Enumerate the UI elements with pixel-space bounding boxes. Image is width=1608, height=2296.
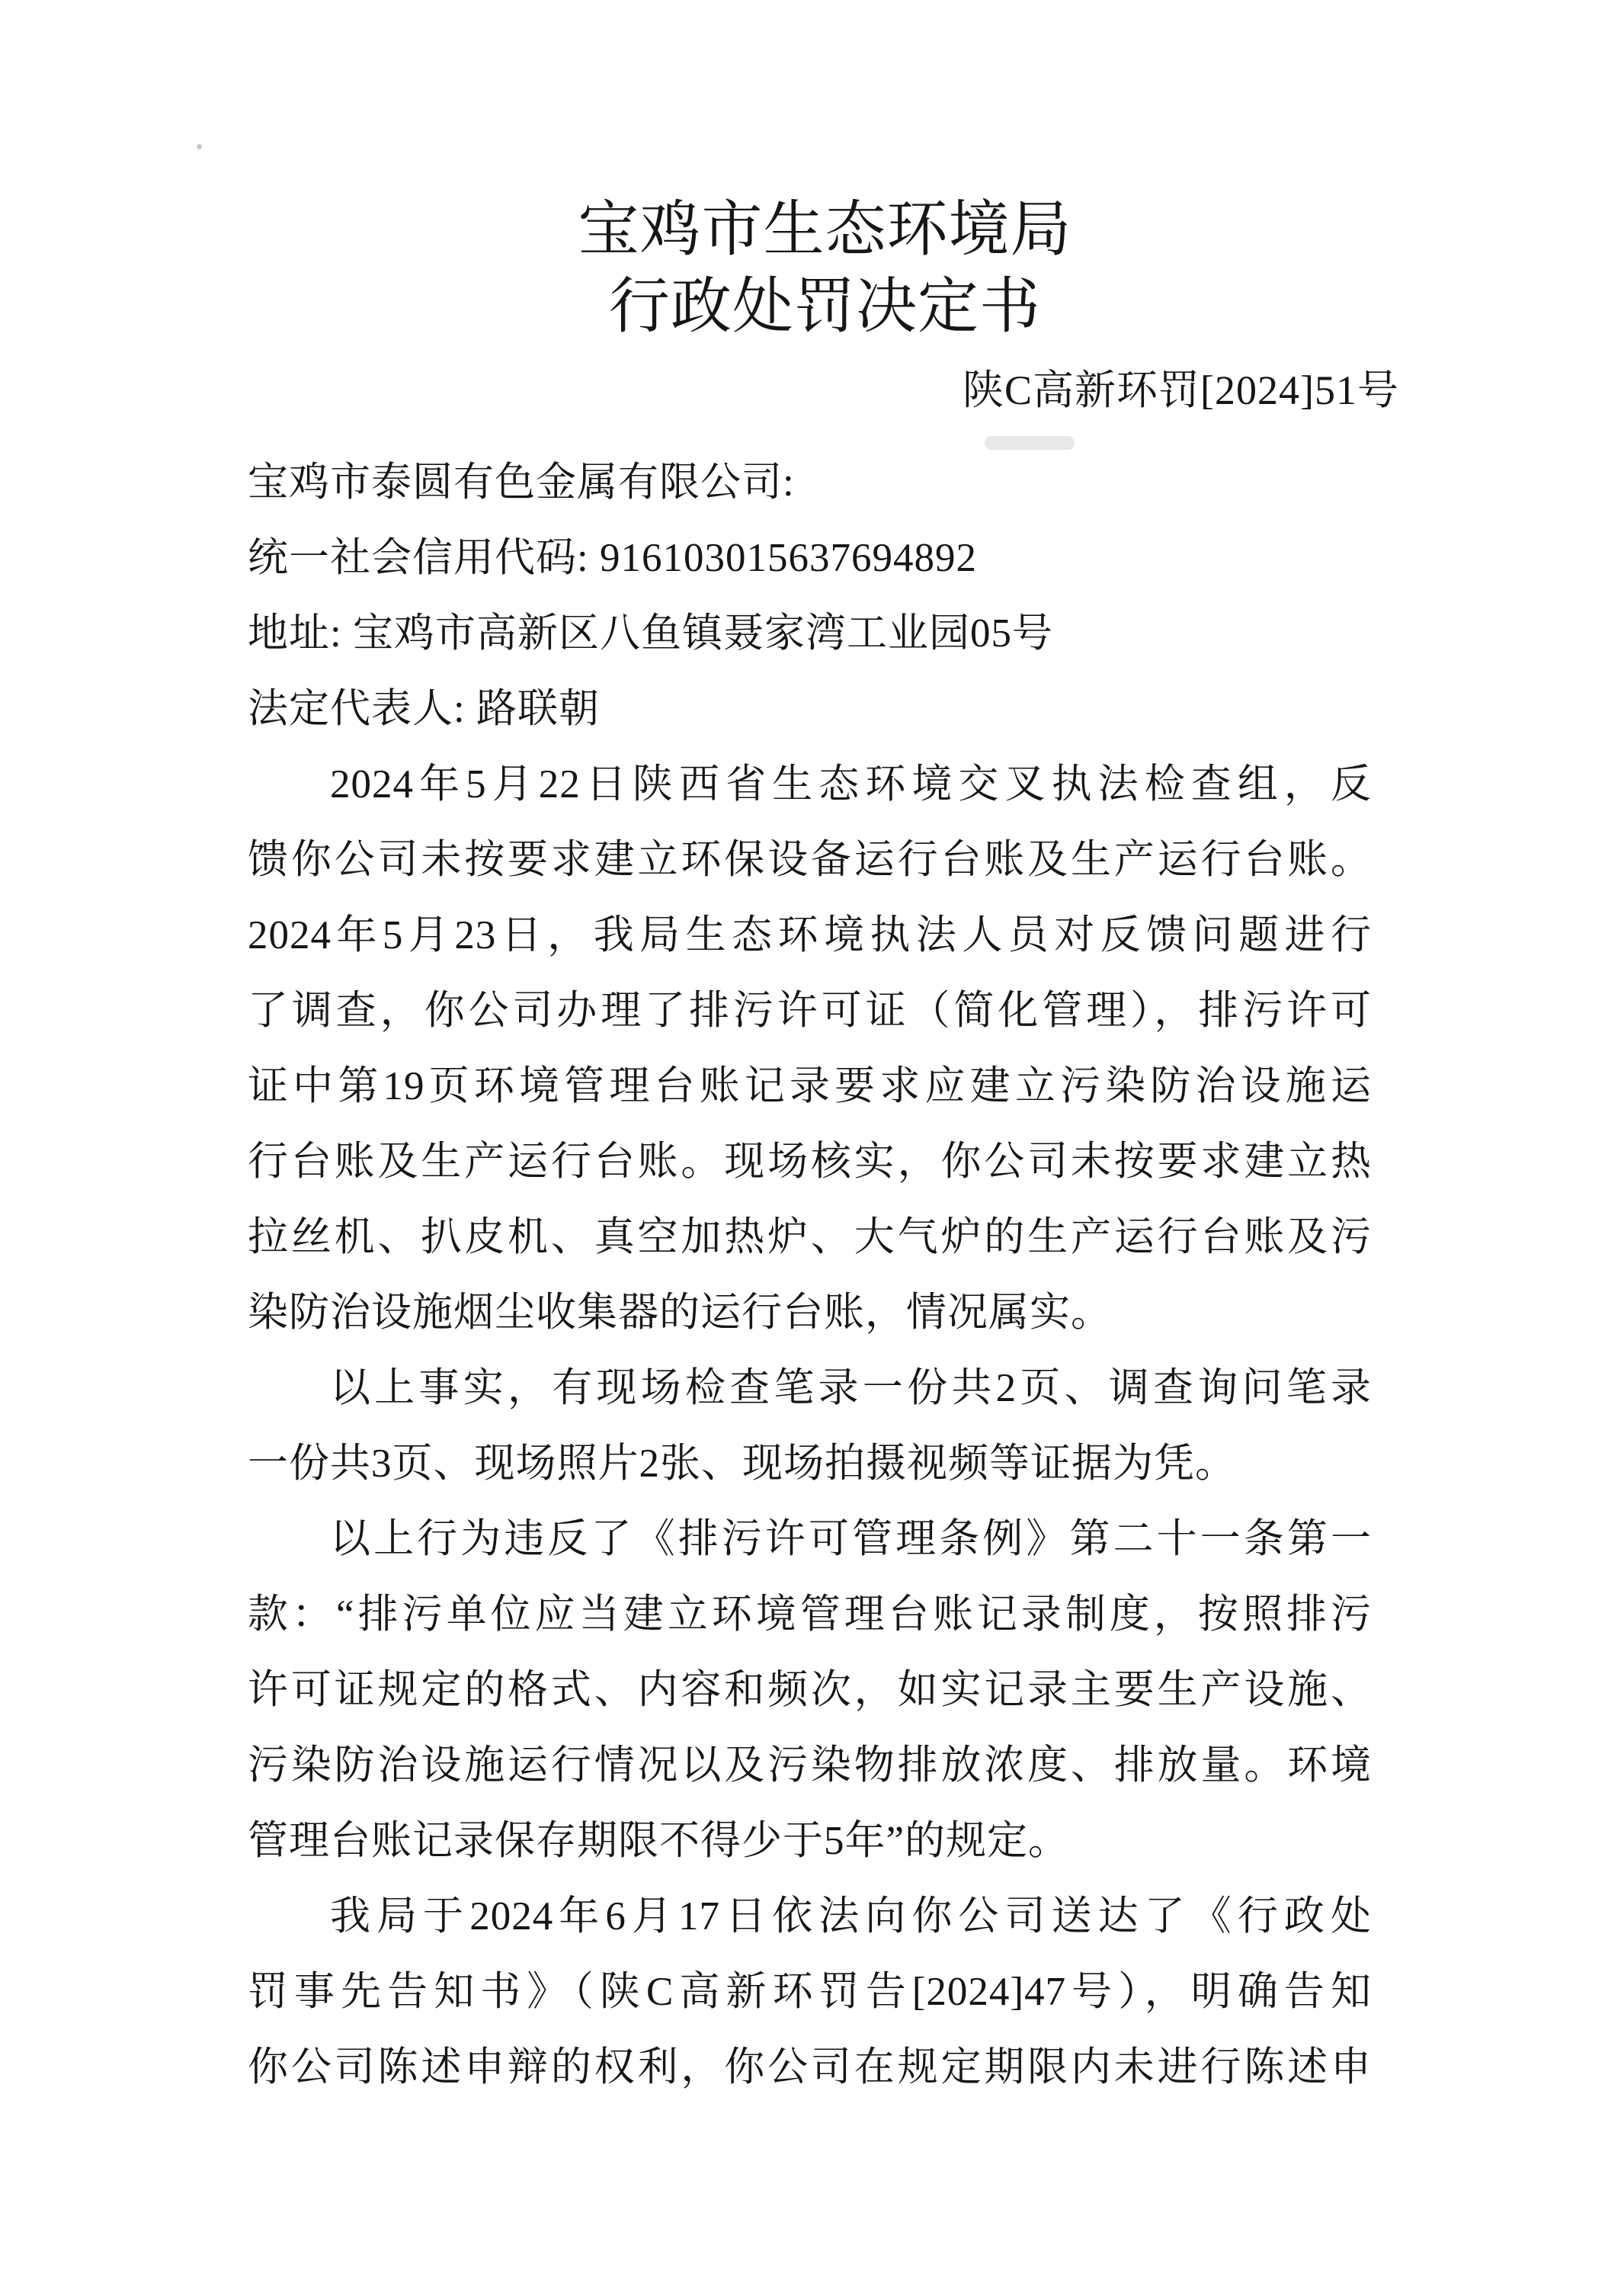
title-line-2: 行政处罚决定书 xyxy=(263,269,1387,346)
body-line: 拉丝机、扒皮机、真空加热炉、大气炉的生产运行台账及污 xyxy=(248,1200,1372,1275)
body-line: 以上事实，有现场检查笔录一份共2页、调查询问笔录 xyxy=(248,1351,1372,1426)
body-line: 地址: 宝鸡市高新区八鱼镇聂家湾工业园05号 xyxy=(248,596,1372,672)
body-line: 管理台账记录保存期限不得少于5年”的规定。 xyxy=(248,1804,1372,1879)
scanned-document-page: 宝鸡市生态环境局 行政处罚决定书 陕C高新环罚[2024]51号 宝鸡市泰圆有色… xyxy=(0,0,1608,2296)
body-line: 统一社会信用代码: 916103015637694892 xyxy=(248,521,1372,596)
body-line: 罚事先告知书》（陕C高新环罚告[2024]47号），明确告知 xyxy=(248,1954,1372,2030)
title-line-1: 宝鸡市生态环境局 xyxy=(263,192,1387,269)
body-line: 我局于2024年6月17日依法向你公司送达了《行政处 xyxy=(248,1879,1372,1954)
body-line: 你公司陈述申辩的权利，你公司在规定期限内未进行陈述申 xyxy=(248,2030,1372,2105)
body-line: 以上行为违反了《排污许可管理条例》第二十一条第一 xyxy=(248,1502,1372,1577)
body-line: 一份共3页、现场照片2张、现场拍摄视频等证据为凭。 xyxy=(248,1426,1372,1502)
body-line: 法定代表人: 路联朝 xyxy=(248,672,1372,747)
body-line: 宝鸡市泰圆有色金属有限公司: xyxy=(248,445,1372,521)
body-line: 染防治设施烟尘收集器的运行台账，情况属实。 xyxy=(248,1275,1372,1351)
body-line: 行台账及生产运行台账。现场核实，你公司未按要求建立热 xyxy=(248,1124,1372,1200)
body-text: 宝鸡市泰圆有色金属有限公司: 统一社会信用代码: 916103015637694… xyxy=(248,445,1372,2105)
document-title: 宝鸡市生态环境局 行政处罚决定书 xyxy=(263,192,1387,346)
scan-speck-artifact xyxy=(197,144,202,149)
body-line: 2024年5月22日陕西省生态环境交叉执法检查组，反 xyxy=(248,747,1372,823)
body-line: 款：“排污单位应当建立环境管理台账记录制度，按照排污 xyxy=(248,1577,1372,1653)
body-line: 许可证规定的格式、内容和频次，如实记录主要生产设施、 xyxy=(248,1653,1372,1728)
body-line: 了调查，你公司办理了排污许可证（简化管理），排污许可 xyxy=(248,973,1372,1049)
body-line: 馈你公司未按要求建立环保设备运行台账及生产运行台账。 xyxy=(248,823,1372,898)
body-line: 证中第19页环境管理台账记录要求应建立污染防治设施运 xyxy=(248,1049,1372,1124)
body-line: 2024年5月23日，我局生态环境执法人员对反馈问题进行 xyxy=(248,898,1372,973)
document-number: 陕C高新环罚[2024]51号 xyxy=(963,360,1399,421)
body-line: 污染防治设施运行情况以及污染物排放浓度、排放量。环境 xyxy=(248,1728,1372,1804)
